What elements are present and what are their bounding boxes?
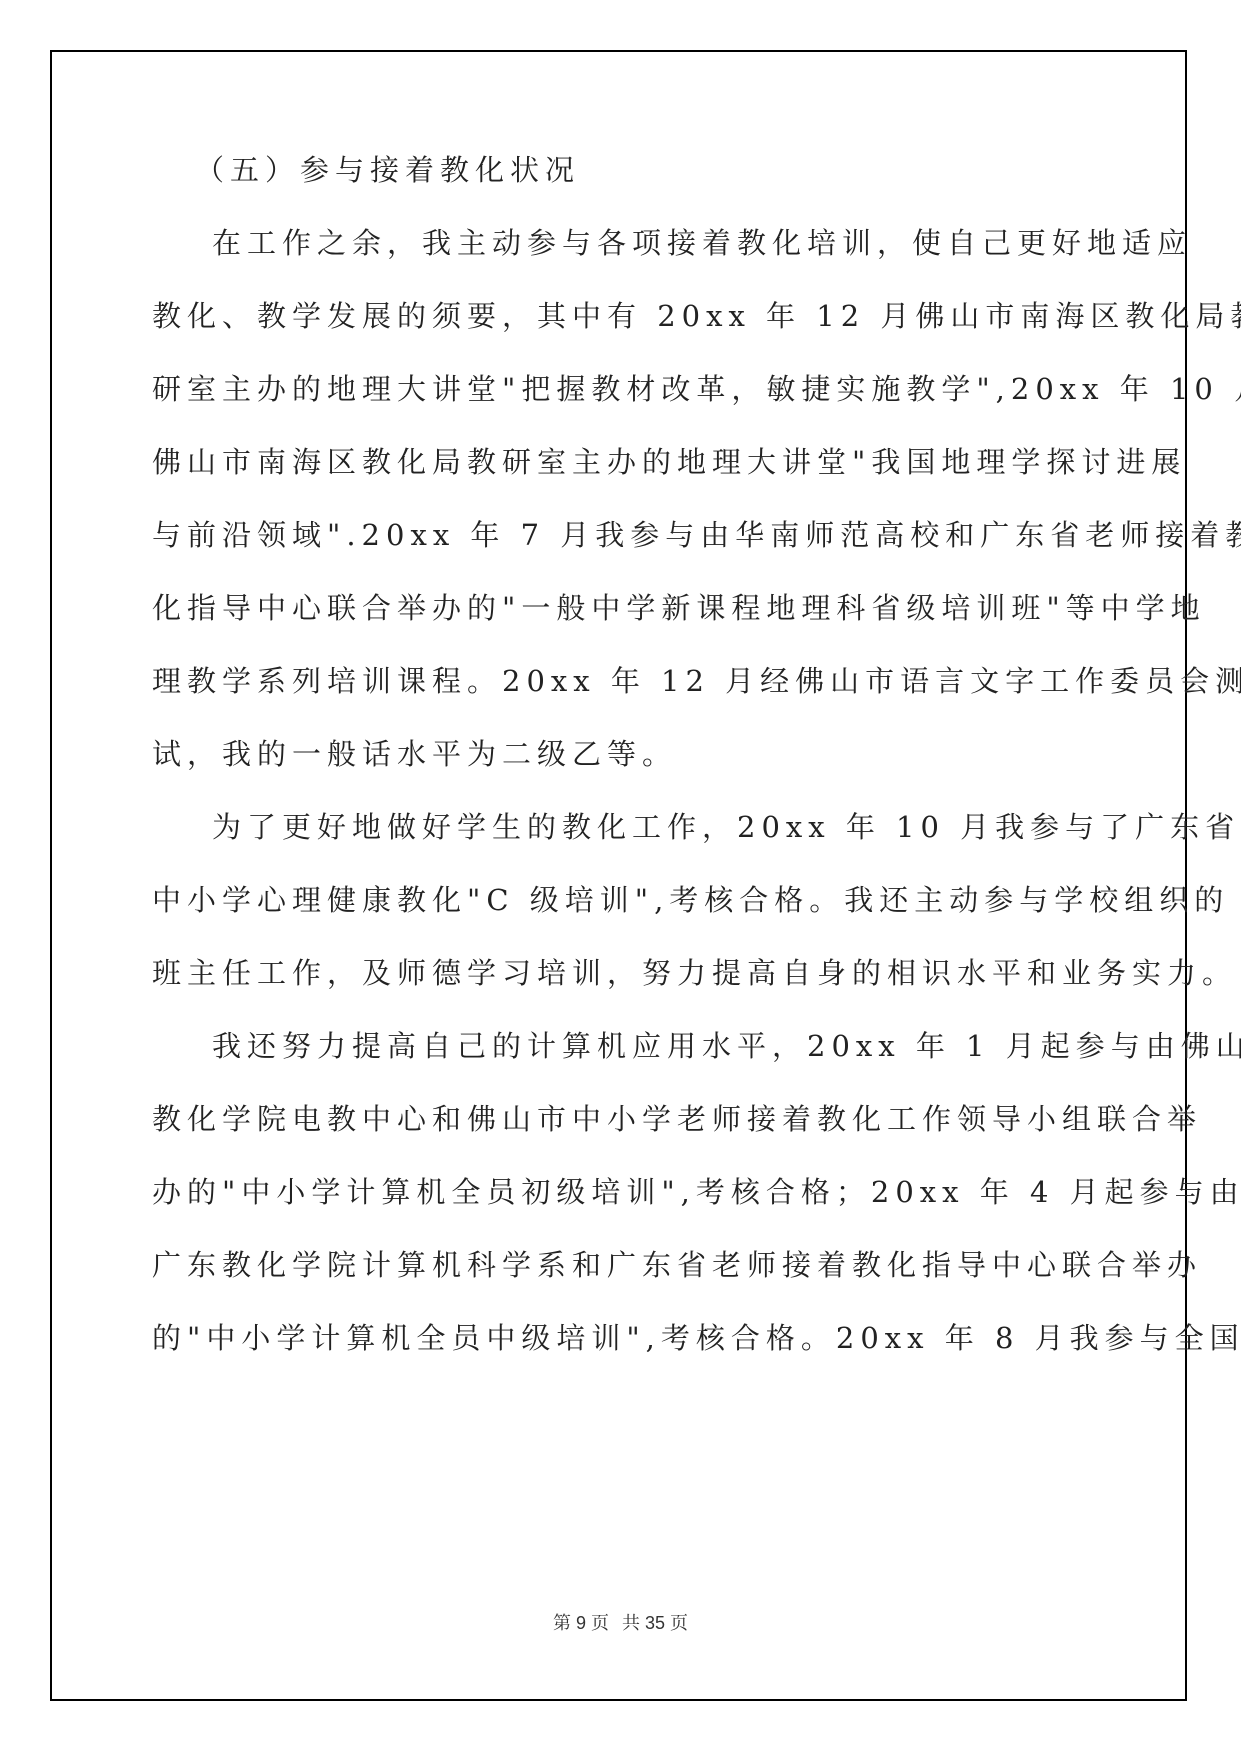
paragraph-line: 办的"中小学计算机全员初级培训",考核合格；20xx 年 4 月起参与由 (152, 1162, 1087, 1235)
total-pages-label: 共 35 页 (622, 1613, 688, 1633)
paragraph-line: 教化学院电教中心和佛山市中小学老师接着教化工作领导小组联合举 (152, 1089, 1087, 1162)
current-page-label: 第 9 页 (553, 1613, 609, 1633)
page-footer: 第 9 页 共 35 页 (0, 1609, 1241, 1635)
paragraph-line: 理教学系列培训课程。20xx 年 12 月经佛山市语言文字工作委员会测 (152, 651, 1087, 724)
paragraph-line: 与前沿领域".20xx 年 7 月我参与由华南师范高校和广东省老师接着教 (152, 505, 1087, 578)
paragraph-line: 在工作之余，我主动参与各项接着教化培训，使自己更好地适应 (152, 213, 1087, 286)
paragraph-line: 为了更好地做好学生的教化工作，20xx 年 10 月我参与了广东省 (152, 797, 1087, 870)
paragraph-line: 的"中小学计算机全员中级培训",考核合格。20xx 年 8 月我参与全国 (152, 1308, 1087, 1381)
paragraph-line: 我还努力提高自己的计算机应用水平，20xx 年 1 月起参与由佛山 (152, 1016, 1087, 1089)
paragraph-line: 广东教化学院计算机科学系和广东省老师接着教化指导中心联合举办 (152, 1235, 1087, 1308)
paragraph-line: 试，我的一般话水平为二级乙等。 (152, 724, 1087, 797)
paragraph-line: 中小学心理健康教化"C 级培训",考核合格。我还主动参与学校组织的 (152, 870, 1087, 943)
paragraph-line: 班主任工作，及师德学习培训，努力提高自身的相识水平和业务实力。 (152, 943, 1087, 1016)
paragraph-line: 化指导中心联合举办的"一般中学新课程地理科省级培训班"等中学地 (152, 578, 1087, 651)
paragraph-line: 教化、教学发展的须要，其中有 20xx 年 12 月佛山市南海区教化局教 (152, 286, 1087, 359)
paragraph-line: 研室主办的地理大讲堂"把握教材改革，敏捷实施教学",20xx 年 10 月 (152, 359, 1087, 432)
paragraph-line: 佛山市南海区教化局教研室主办的地理大讲堂"我国地理学探讨进展 (152, 432, 1087, 505)
document-body: （五）参与接着教化状况 在工作之余，我主动参与各项接着教化培训，使自己更好地适应… (152, 140, 1087, 1381)
section-heading: （五）参与接着教化状况 (152, 140, 1087, 213)
